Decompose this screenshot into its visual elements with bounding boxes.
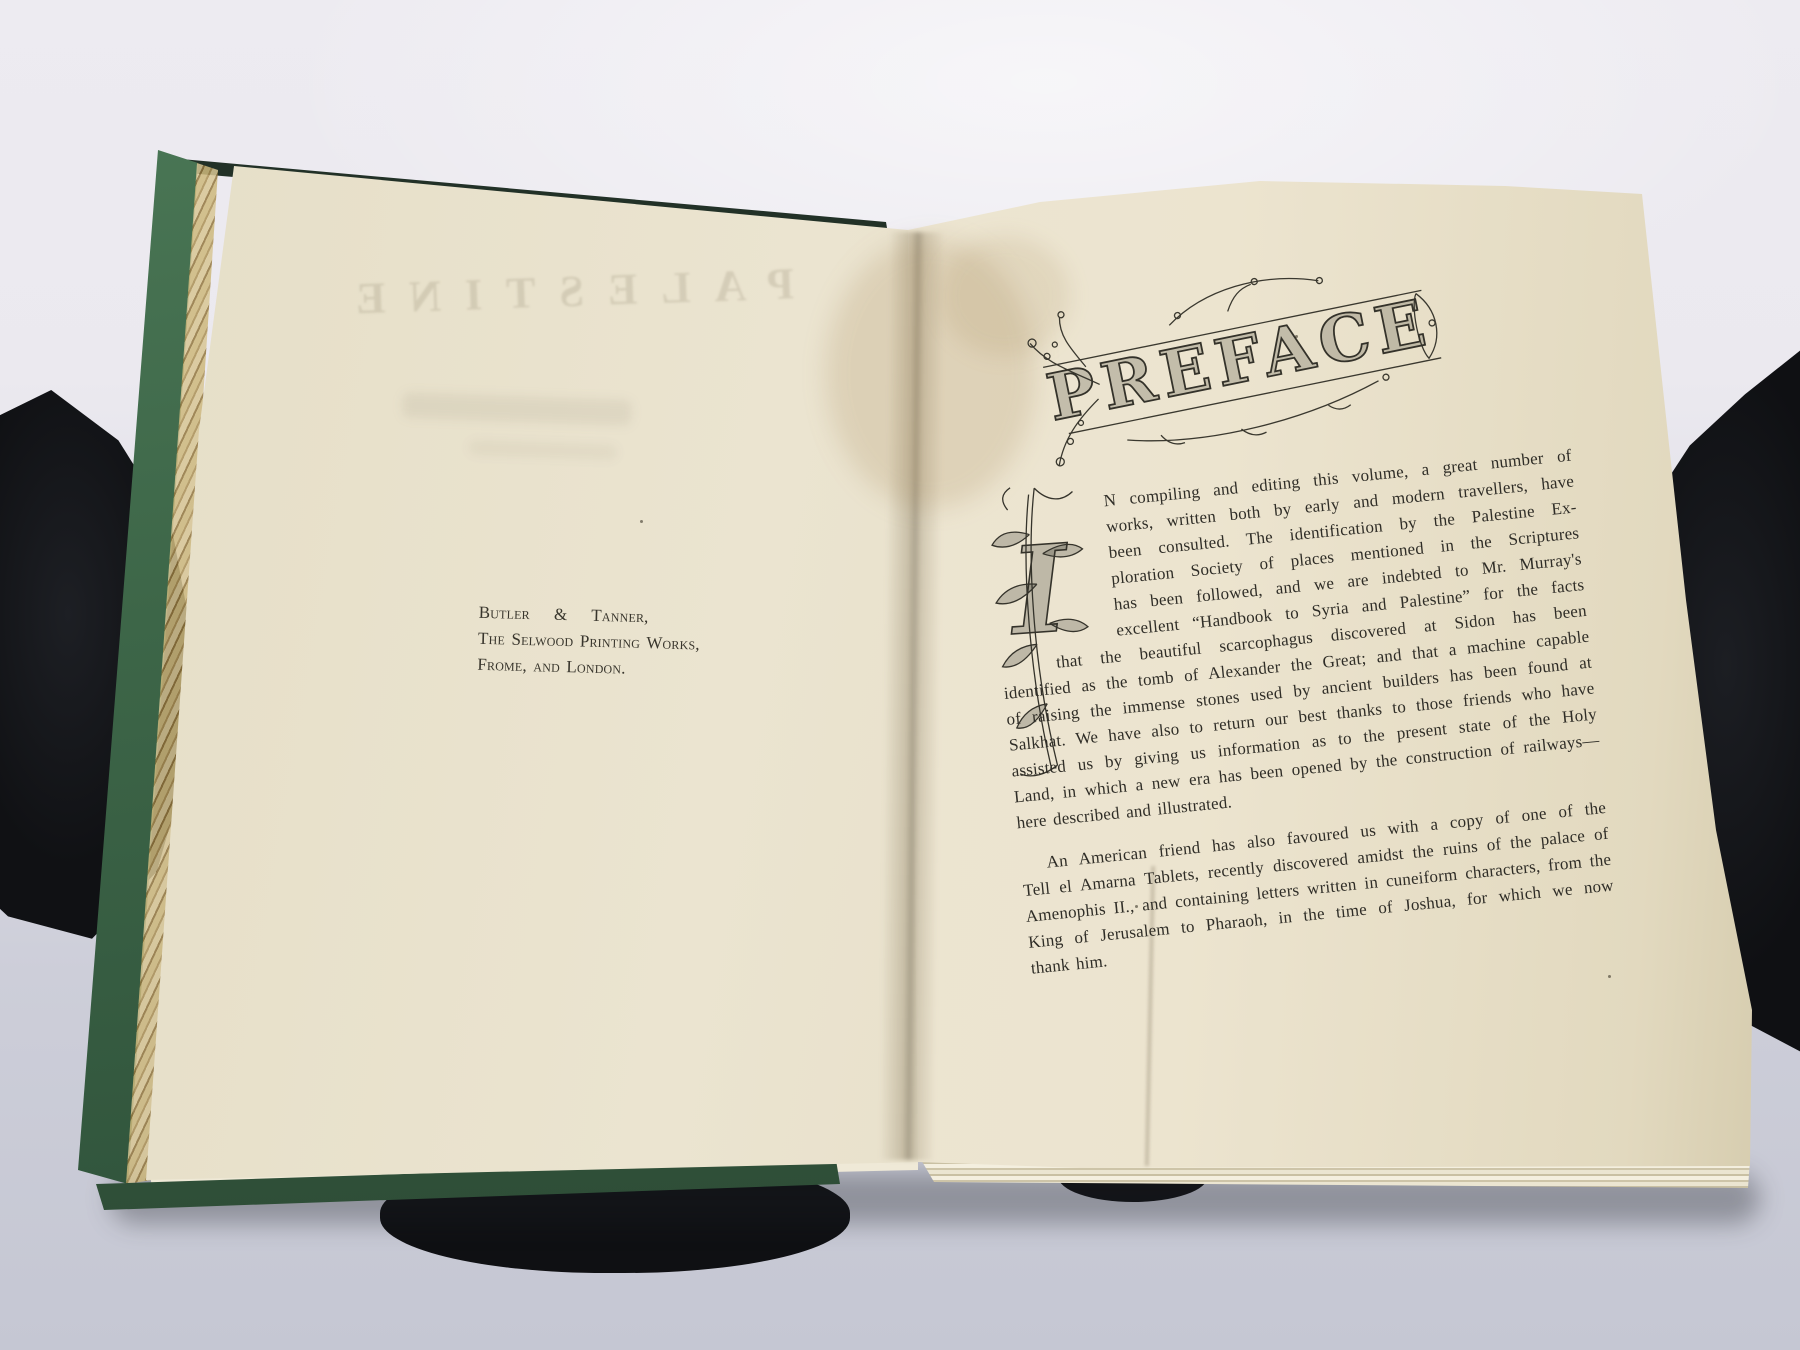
printer-imprint: Butler & Tanner,The Selwood Printing Wor… — [477, 600, 649, 682]
preface-title-text: PREFACE — [1041, 285, 1438, 436]
paper-speck — [1608, 975, 1611, 978]
photo-of-open-book: PALESTINE Butler & Tanner,The Selwood Pr… — [0, 0, 1800, 1350]
paper-speck — [1135, 905, 1138, 908]
preface-body: N compiling and editing this volume, a g… — [985, 443, 1617, 982]
paper-speck — [640, 520, 643, 523]
text-line: Frome, and London. — [477, 652, 648, 682]
preface-paragraph-1: N compiling and editing this volume, a g… — [985, 443, 1603, 837]
paper-speck — [1295, 335, 1298, 338]
